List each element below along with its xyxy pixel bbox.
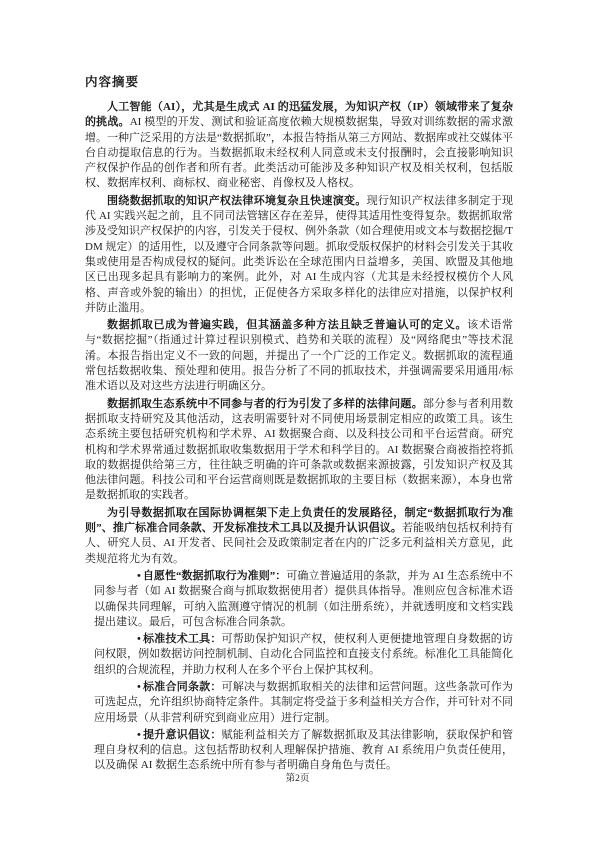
bullet-icon: • xyxy=(137,729,141,741)
bullet-technical-tools: •标准技术工具：可帮助保护知识产权，使权利人更便捷地管理自身数据的访问权限，例如… xyxy=(94,632,513,678)
paragraph-ecosystem-lead: 数据抓取生态系统中不同参与者的行为引发了多样的法律问题。 xyxy=(107,398,423,410)
bullet-icon: • xyxy=(137,681,141,693)
paragraph-intro: 人工智能（AI），尤其是生成式 AI 的迅猛发展，为知识产权（IP）领域带来了复… xyxy=(85,100,513,192)
bullet-code-of-conduct-label: 自愿性“数据抓取行为准则”： xyxy=(143,570,286,582)
paragraph-legal-environment: 围绕数据抓取的知识产权法律环境复杂且快速演变。现行知识产权法律多制定于现代 AI… xyxy=(85,194,513,316)
page-title: 内容摘要 xyxy=(85,74,513,90)
bullet-code-of-conduct: •自愿性“数据抓取行为准则”：可确立普遍适用的条款，并为 AI 生态系统中不同参… xyxy=(94,569,513,630)
paragraph-ecosystem: 数据抓取生态系统中不同参与者的行为引发了多样的法律问题。部分参与者利用数据抓取支… xyxy=(85,397,513,504)
paragraph-legal-environment-body: 现行知识产权法律多制定于现代 AI 实践兴起之前，且不同司法管辖区存在差异，使得… xyxy=(85,195,513,314)
bullet-contract-terms-label: 标准合同条款： xyxy=(143,681,222,693)
paragraph-recommendations: 为引导数据抓取在国际协调框架下走上负责任的发展路径，制定“数据抓取行为准则”、推… xyxy=(85,506,513,567)
paragraph-definition-lead: 数据抓取已成为普遍实践，但其涵盖多种方法且缺乏普遍认可的定义。 xyxy=(107,319,467,331)
bullet-icon: • xyxy=(137,633,141,645)
paragraph-definition: 数据抓取已成为普遍实践，但其涵盖多种方法且缺乏普遍认可的定义。该术语常与“数据挖… xyxy=(85,318,513,394)
bullet-awareness: •提升意识倡议：赋能利益相关方了解数据抓取及其法律影响，获取保护和管理自身权利的… xyxy=(94,728,513,774)
page-content: 内容摘要 人工智能（AI），尤其是生成式 AI 的迅猛发展，为知识产权（IP）领… xyxy=(85,74,513,776)
bullet-contract-terms: •标准合同条款：可解决与数据抓取相关的法律和运营问题。这些条款可作为可选起点，允… xyxy=(94,680,513,726)
document-page: 内容摘要 人工智能（AI），尤其是生成式 AI 的迅猛发展，为知识产权（IP）领… xyxy=(0,0,595,841)
page-number: 第2页 xyxy=(0,770,595,784)
paragraph-ecosystem-body: 部分参与者利用数据抓取支持研究及其他活动，这表明需要针对不同使用场景制定相应的政… xyxy=(85,398,513,502)
bullet-icon: • xyxy=(137,570,141,582)
bullet-awareness-label: 提升意识倡议： xyxy=(143,729,222,741)
bullet-technical-tools-label: 标准技术工具： xyxy=(143,633,222,645)
paragraph-intro-body: AI 模型的开发、测试和验证高度依赖大规模数据集，导致对训练数据的需求激增。一种… xyxy=(85,116,513,189)
paragraph-legal-environment-lead: 围绕数据抓取的知识产权法律环境复杂且快速演变。 xyxy=(107,195,367,207)
